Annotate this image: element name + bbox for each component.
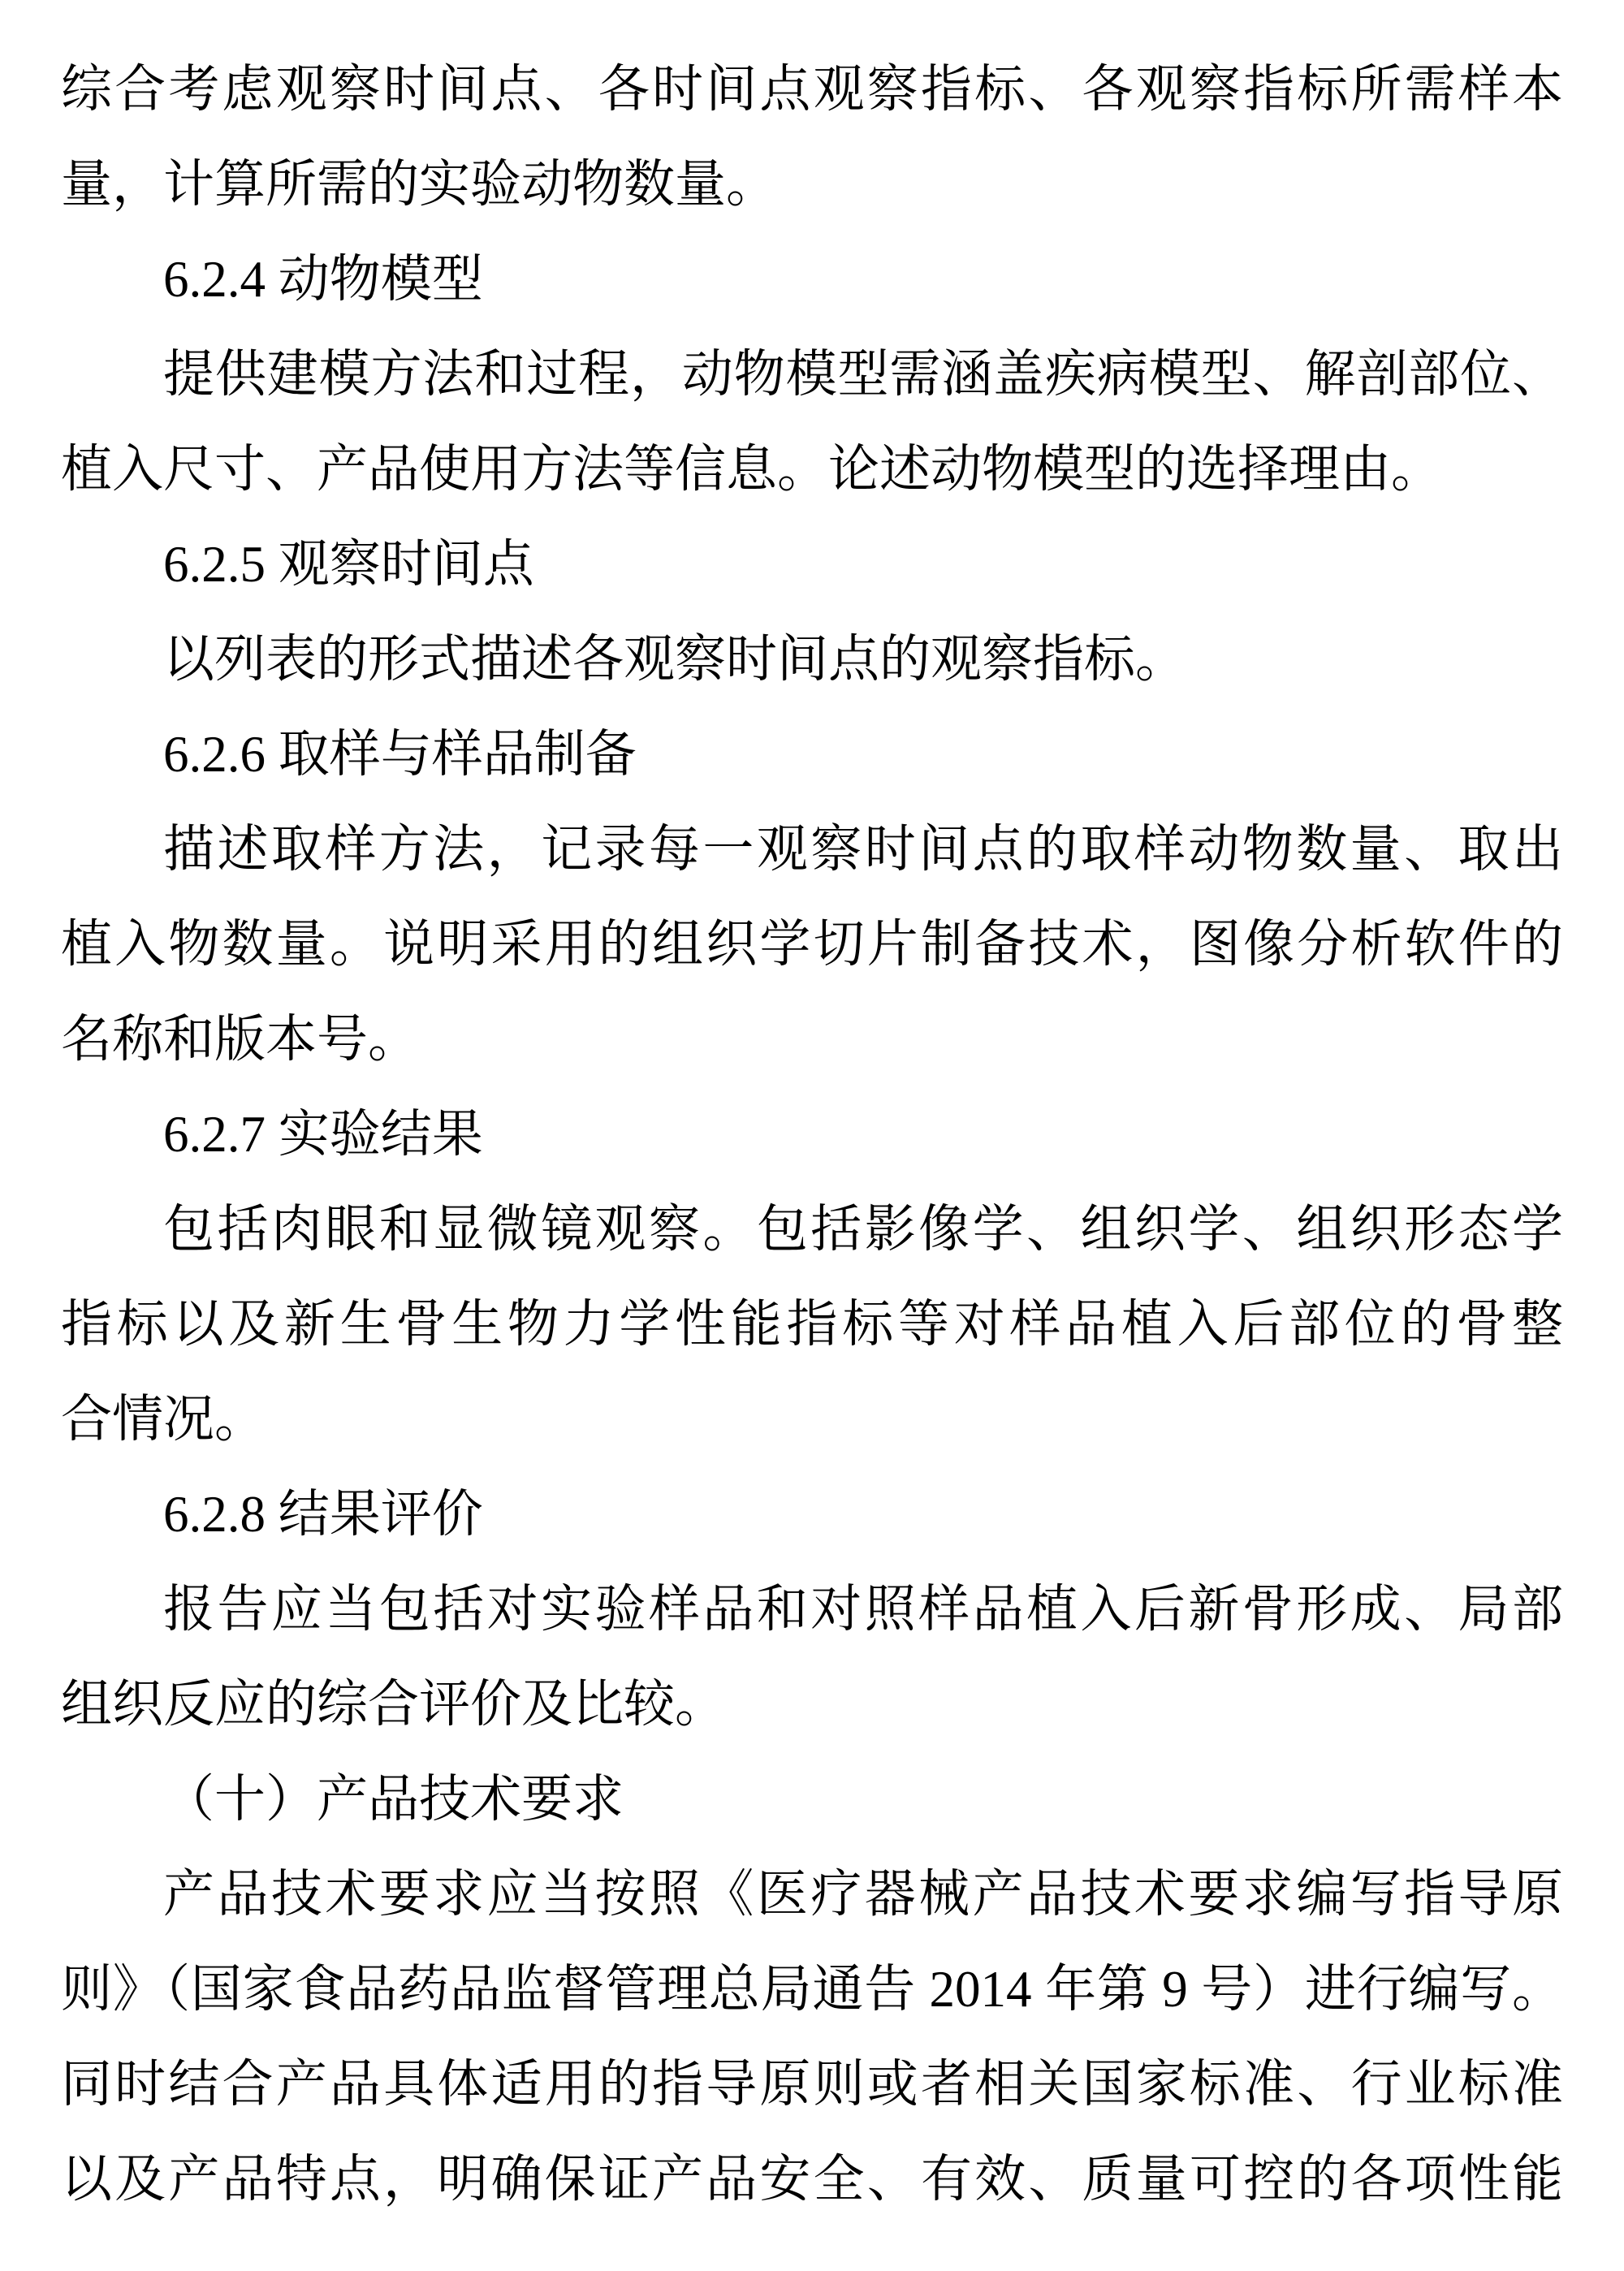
text-line: 组织反应的综合评价及比较。 [61,1657,1563,1752]
text-line: 报告应当包括对实验样品和对照样品植入后新骨形成、局部 [61,1562,1563,1657]
text-line: 6.2.5 观察时间点 [61,517,1563,612]
text-line: 合情况。 [61,1372,1563,1467]
text-line: 综合考虑观察时间点、各时间点观察指标、各观察指标所需样本 [61,42,1563,137]
text-line: 植入尺寸、产品使用方法等信息。论述动物模型的选择理由。 [61,422,1563,517]
document-text-body: 综合考虑观察时间点、各时间点观察指标、各观察指标所需样本量，计算所需的实验动物数… [61,42,1563,2227]
document-page: 综合考虑观察时间点、各时间点观察指标、各观察指标所需样本量，计算所需的实验动物数… [0,0,1624,2271]
text-line: （十）产品技术要求 [61,1752,1563,1847]
text-line: 产品技术要求应当按照《医疗器械产品技术要求编写指导原 [61,1847,1563,1942]
text-line: 6.2.4 动物模型 [61,232,1563,327]
text-line: 名称和版本号。 [61,992,1563,1087]
text-line: 6.2.7 实验结果 [61,1087,1563,1182]
text-line: 提供建模方法和过程，动物模型需涵盖疾病模型、解剖部位、 [61,327,1563,422]
text-line: 同时结合产品具体适用的指导原则或者相关国家标准、行业标准 [61,2037,1563,2132]
text-line: 量，计算所需的实验动物数量。 [61,137,1563,232]
text-line: 6.2.8 结果评价 [61,1467,1563,1562]
text-line: 以列表的形式描述各观察时间点的观察指标。 [61,612,1563,707]
text-line: 指标以及新生骨生物力学性能指标等对样品植入后部位的骨整 [61,1277,1563,1372]
text-line: 则》（国家食品药品监督管理总局通告 2014 年第 9 号）进行编写。 [61,1942,1563,2037]
text-line: 描述取样方法，记录每一观察时间点的取样动物数量、取出 [61,802,1563,897]
text-line: 植入物数量。说明采用的组织学切片制备技术，图像分析软件的 [61,897,1563,992]
text-line: 以及产品特点，明确保证产品安全、有效、质量可控的各项性能 [61,2132,1563,2227]
text-line: 6.2.6 取样与样品制备 [61,707,1563,802]
text-line: 包括肉眼和显微镜观察。包括影像学、组织学、组织形态学 [61,1182,1563,1277]
